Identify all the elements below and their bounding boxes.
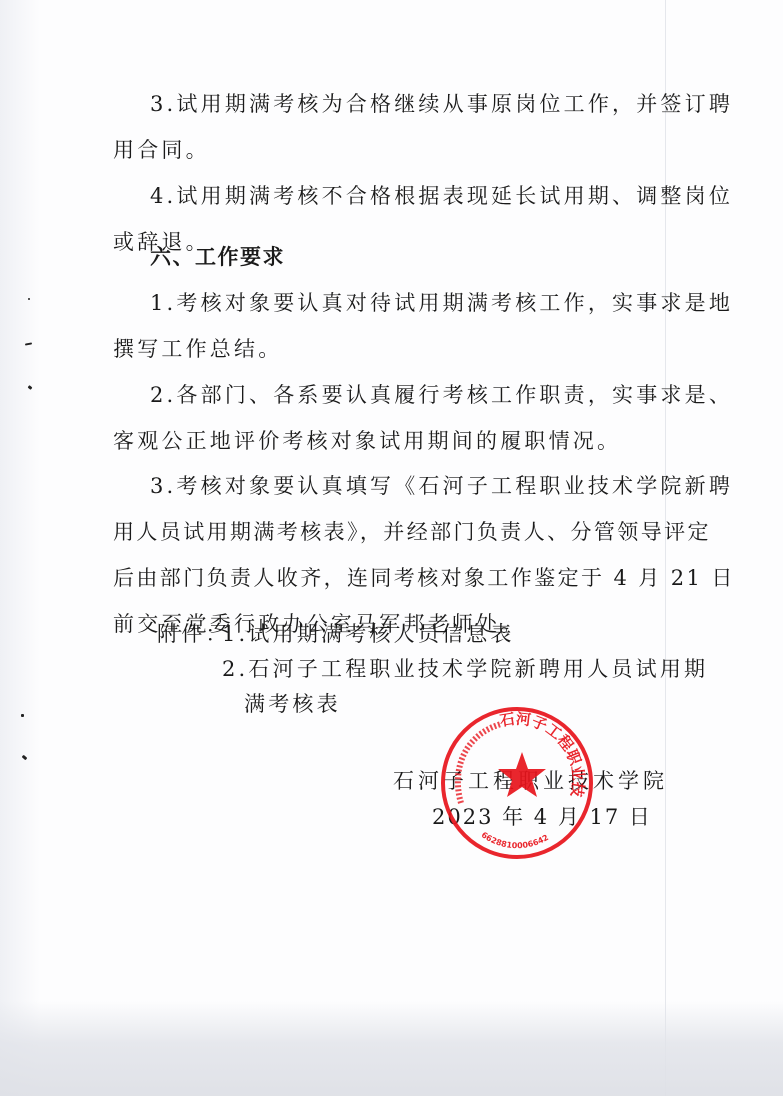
attachment-item: 2.石河子工程职业技术学院新聘用人员试用期 xyxy=(222,656,708,682)
scan-bottom-shadow xyxy=(0,1001,783,1096)
document-page: 3.试用期满考核为合格继续从事原岗位工作，并签订聘 用合同。 4.试用期满考核不… xyxy=(0,0,783,1096)
attachments-label: 附件： xyxy=(157,621,230,647)
scan-edge-shadow xyxy=(0,0,40,1096)
paragraph-line: 后由部门负责人收齐，连同考核对象工作鉴定于 4 月 21 日 xyxy=(113,565,735,591)
attachment-item: 满考核表 xyxy=(244,691,341,717)
attachment-item: 1.试用期满考核人员信息表 xyxy=(222,621,515,647)
paragraph-line: 3.试用期满考核为合格继续从事原岗位工作，并签订聘 xyxy=(150,91,733,117)
paragraph-line: 2.各部门、各系要认真履行考核工作职责，实事求是、 xyxy=(150,382,733,408)
scan-fold-line xyxy=(665,0,666,1096)
scan-speck xyxy=(21,714,24,717)
paragraph-line: 用合同。 xyxy=(113,137,210,163)
official-seal-icon: 石河子工程职业技术学院 6628810006642 xyxy=(439,703,595,863)
paragraph-line: 撰写工作总结。 xyxy=(113,336,282,362)
paragraph-line: 用人员试用期满考核表》，并经部门负责人、分管领导评定 xyxy=(113,519,711,545)
scan-speck xyxy=(28,298,30,300)
paragraph-line: 3.考核对象要认真填写《石河子工程职业技术学院新聘 xyxy=(150,473,733,499)
paragraph-line: 客观公正地评价考核对象试用期间的履职情况。 xyxy=(113,428,621,454)
paragraph-line: 4.试用期满考核不合格根据表现延长试用期、调整岗位 xyxy=(150,183,733,209)
paragraph-line: 1.考核对象要认真对待试用期满考核工作，实事求是地 xyxy=(150,290,733,316)
svg-text:6628810006642: 6628810006642 xyxy=(480,830,550,850)
section-heading: 六、工作要求 xyxy=(150,244,285,270)
